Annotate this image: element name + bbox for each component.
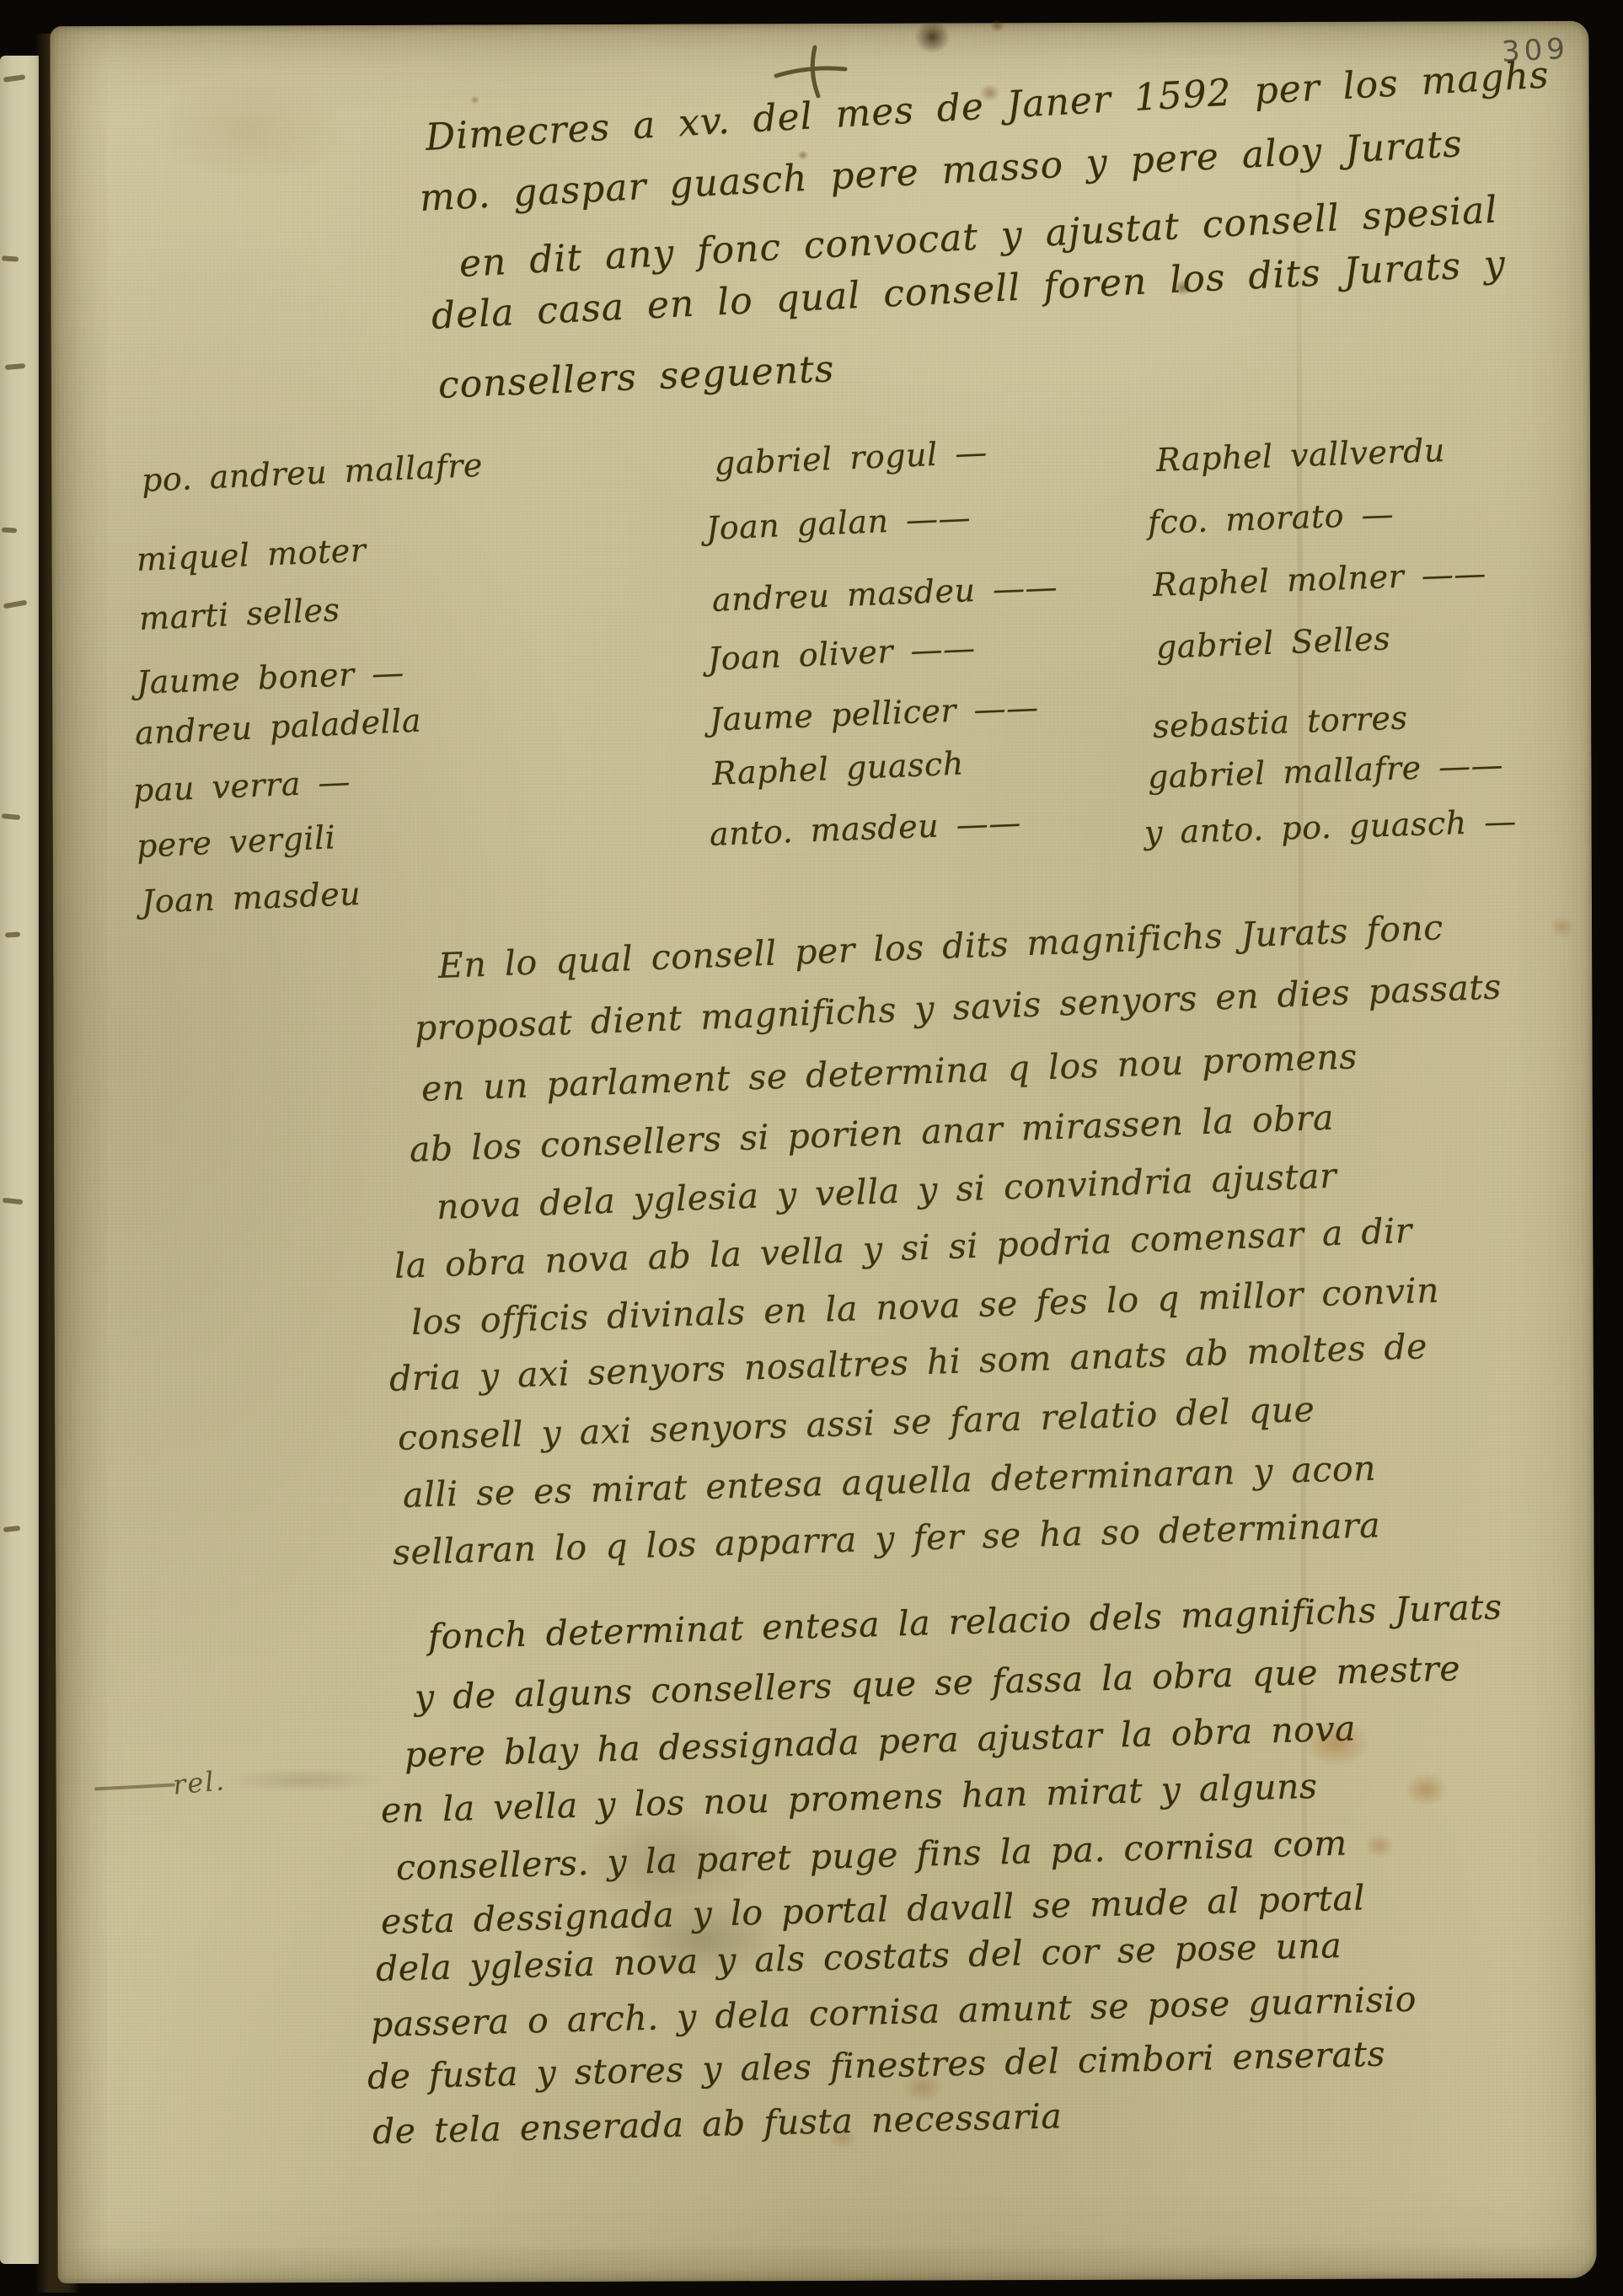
stain [114, 52, 384, 205]
stain [908, 13, 956, 60]
stain [987, 16, 1007, 35]
ink-mark [2, 255, 19, 261]
stain [1545, 912, 1579, 942]
ink-mark [5, 931, 20, 937]
ink-mark [3, 74, 26, 83]
stain [1397, 1766, 1456, 1812]
stain [1359, 1829, 1400, 1863]
photo-backdrop: 309 Dimecres a xv. del mes de Janer 1592… [0, 0, 1623, 2296]
ink-mark [2, 813, 20, 820]
facing-page-edge [0, 56, 39, 2264]
ink-mark [3, 1526, 21, 1532]
ink-mark [2, 528, 17, 534]
stain [469, 94, 482, 105]
ink-mark [3, 1198, 23, 1204]
ink-mark [3, 600, 28, 609]
ink-mark [5, 363, 25, 370]
margin-note: rel. [171, 1764, 227, 1800]
